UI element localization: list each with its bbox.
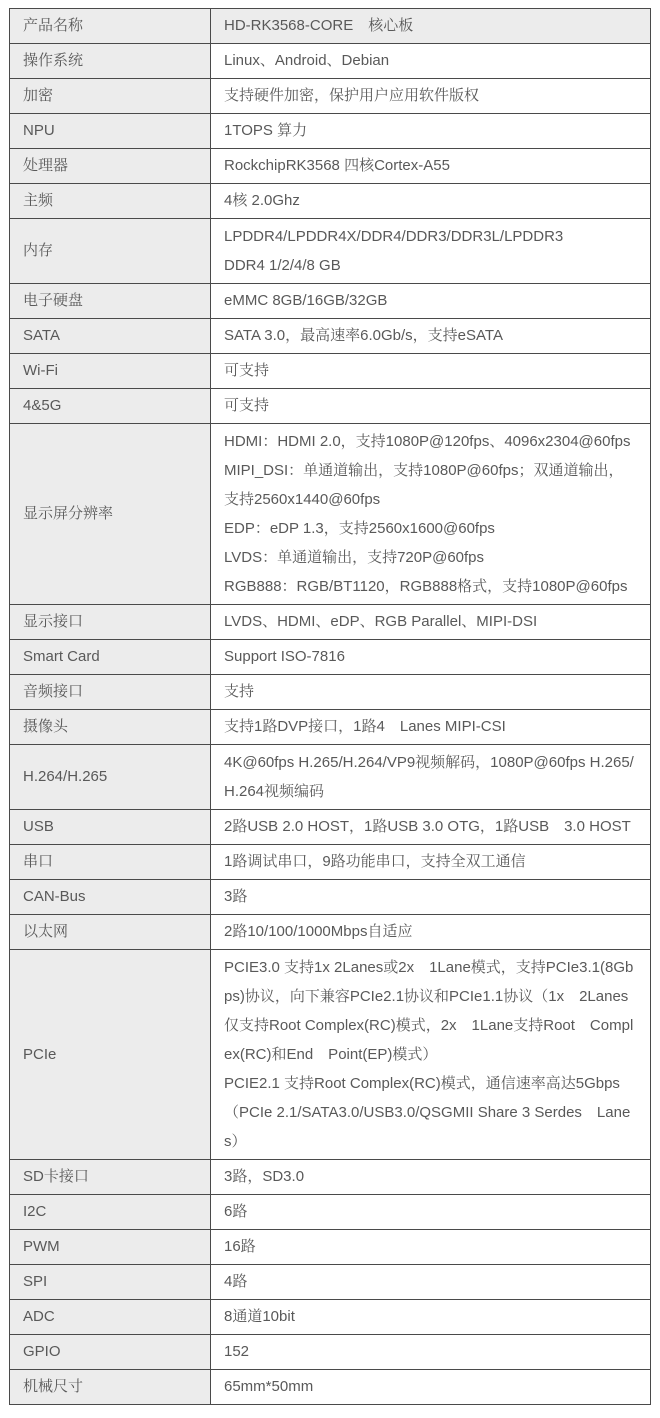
spec-label: 电子硬盘	[10, 284, 211, 318]
spec-value-line: 可支持	[224, 395, 636, 417]
spec-value-line: 3路，SD3.0	[224, 1166, 636, 1188]
spec-value-line: PCIE2.1 支持Root Complex(RC)模式，通信速率高达5Gbps…	[224, 1069, 636, 1156]
spec-value: 可支持	[211, 354, 650, 388]
spec-label: 显示屏分辨率	[10, 424, 211, 604]
spec-value: 1路调试串口，9路功能串口，支持全双工通信	[211, 845, 650, 879]
table-row-4g5g: 4&5G 可支持	[10, 389, 650, 424]
spec-value: Support ISO-7816	[211, 640, 650, 674]
spec-value-line: LVDS、HDMI、eDP、RGB Parallel、MIPI-DSI	[224, 611, 636, 633]
spec-label: GPIO	[10, 1335, 211, 1369]
spec-value-line: Linux、Android、Debian	[224, 50, 636, 72]
spec-value-line: MIPI_DSI：单通道输出，支持1080P@60fps；双通道输出，支持256…	[224, 456, 636, 514]
spec-value-line: LPDDR4/LPDDR4X/DDR4/DDR3/DDR3L/LPDDR3	[224, 222, 636, 251]
spec-value: LVDS、HDMI、eDP、RGB Parallel、MIPI-DSI	[211, 605, 650, 639]
spec-label: 串口	[10, 845, 211, 879]
spec-label: 机械尺寸	[10, 1370, 211, 1404]
spec-value: 16路	[211, 1230, 650, 1264]
spec-label: USB	[10, 810, 211, 844]
table-row-sdcard: SD卡接口 3路，SD3.0	[10, 1160, 650, 1195]
spec-value: 支持	[211, 675, 650, 709]
table-row-gpio: GPIO 152	[10, 1335, 650, 1370]
spec-label: I2C	[10, 1195, 211, 1229]
table-row-os: 操作系统 Linux、Android、Debian	[10, 44, 650, 79]
spec-value-line: eMMC 8GB/16GB/32GB	[224, 290, 636, 312]
spec-value-line: 支持1路DVP接口，1路4 Lanes MIPI-CSI	[224, 716, 636, 738]
spec-label: NPU	[10, 114, 211, 148]
spec-value: 6路	[211, 1195, 650, 1229]
spec-page: 产品名称 HD-RK3568-CORE 核心板 操作系统 Linux、Andro…	[0, 0, 660, 1418]
table-row-i2c: I2C 6路	[10, 1195, 650, 1230]
table-row-usb: USB 2路USB 2.0 HOST，1路USB 3.0 OTG，1路USB 3…	[10, 810, 650, 845]
table-row-codec: H.264/H.265 4K@60fps H.265/H.264/VP9视频解码…	[10, 745, 650, 810]
spec-value-line: Support ISO-7816	[224, 646, 636, 668]
spec-value-line: 2路10/100/1000Mbps自适应	[224, 921, 636, 943]
spec-value: 4K@60fps H.265/H.264/VP9视频解码，1080P@60fps…	[211, 745, 650, 809]
spec-value-line: HD-RK3568-CORE 核心板	[224, 15, 636, 37]
spec-value: PCIE3.0 支持1x 2Lanes或2x 1Lane模式，支持PCIe3.1…	[211, 950, 650, 1159]
spec-value: 2路10/100/1000Mbps自适应	[211, 915, 650, 949]
spec-value-line: PCIE3.0 支持1x 2Lanes或2x 1Lane模式，支持PCIe3.1…	[224, 953, 636, 1069]
spec-label: PCIe	[10, 950, 211, 1159]
spec-value: 2路USB 2.0 HOST，1路USB 3.0 OTG，1路USB 3.0 H…	[211, 810, 650, 844]
spec-value: 152	[211, 1335, 650, 1369]
spec-value: eMMC 8GB/16GB/32GB	[211, 284, 650, 318]
spec-value-line: 4路	[224, 1271, 636, 1293]
spec-value: SATA 3.0，最高速率6.0Gb/s，支持eSATA	[211, 319, 650, 353]
spec-value: 可支持	[211, 389, 650, 423]
table-row-pwm: PWM 16路	[10, 1230, 650, 1265]
spec-value: 65mm*50mm	[211, 1370, 650, 1404]
spec-label: 显示接口	[10, 605, 211, 639]
spec-value-line: 65mm*50mm	[224, 1376, 636, 1398]
spec-value-line: 3路	[224, 886, 636, 908]
table-row-uart: 串口 1路调试串口，9路功能串口，支持全双工通信	[10, 845, 650, 880]
spec-value-line: 可支持	[224, 360, 636, 382]
spec-value-line: 8通道10bit	[224, 1306, 636, 1328]
spec-value: 4核 2.0Ghz	[211, 184, 650, 218]
table-row-memory: 内存 LPDDR4/LPDDR4X/DDR4/DDR3/DDR3L/LPDDR3…	[10, 219, 650, 284]
spec-value-line: HDMI：HDMI 2.0，支持1080P@120fps、4096x2304@6…	[224, 427, 636, 456]
spec-value-line: SATA 3.0，最高速率6.0Gb/s，支持eSATA	[224, 325, 636, 347]
spec-label: 操作系统	[10, 44, 211, 78]
spec-label: 产品名称	[10, 9, 211, 43]
spec-value-line: 支持	[224, 681, 636, 703]
table-row-npu: NPU 1TOPS 算力	[10, 114, 650, 149]
spec-label: CAN-Bus	[10, 880, 211, 914]
table-row-display-resolution: 显示屏分辨率 HDMI：HDMI 2.0，支持1080P@120fps、4096…	[10, 424, 650, 605]
spec-value: 1TOPS 算力	[211, 114, 650, 148]
spec-value: 8通道10bit	[211, 1300, 650, 1334]
spec-value-line: EDP：eDP 1.3，支持2560x1600@60fps	[224, 514, 636, 543]
table-row-audio: 音频接口 支持	[10, 675, 650, 710]
spec-label: 内存	[10, 219, 211, 283]
spec-value-line: 支持硬件加密，保护用户应用软件版权	[224, 85, 636, 107]
table-row-encryption: 加密 支持硬件加密，保护用户应用软件版权	[10, 79, 650, 114]
spec-label: 摄像头	[10, 710, 211, 744]
spec-value-line: 152	[224, 1341, 636, 1363]
spec-label: 加密	[10, 79, 211, 113]
table-row-camera: 摄像头 支持1路DVP接口，1路4 Lanes MIPI-CSI	[10, 710, 650, 745]
table-row-processor: 处理器 RockchipRK3568 四核Cortex-A55	[10, 149, 650, 184]
spec-value: 支持1路DVP接口，1路4 Lanes MIPI-CSI	[211, 710, 650, 744]
spec-value: 3路	[211, 880, 650, 914]
spec-value: HDMI：HDMI 2.0，支持1080P@120fps、4096x2304@6…	[211, 424, 650, 604]
spec-value-line: 16路	[224, 1236, 636, 1258]
spec-label: H.264/H.265	[10, 745, 211, 809]
spec-value-line: 6路	[224, 1201, 636, 1223]
spec-label: 处理器	[10, 149, 211, 183]
spec-value: HD-RK3568-CORE 核心板	[211, 9, 650, 43]
spec-value: 3路，SD3.0	[211, 1160, 650, 1194]
table-row-ethernet: 以太网 2路10/100/1000Mbps自适应	[10, 915, 650, 950]
spec-value: LPDDR4/LPDDR4X/DDR4/DDR3/DDR3L/LPDDR3 DD…	[211, 219, 650, 283]
spec-label: 音频接口	[10, 675, 211, 709]
spec-label: ADC	[10, 1300, 211, 1334]
table-row-product-name: 产品名称 HD-RK3568-CORE 核心板	[10, 9, 650, 44]
table-row-sata: SATA SATA 3.0，最高速率6.0Gb/s，支持eSATA	[10, 319, 650, 354]
table-row-display-interface: 显示接口 LVDS、HDMI、eDP、RGB Parallel、MIPI-DSI	[10, 605, 650, 640]
spec-label: SATA	[10, 319, 211, 353]
spec-label: 主频	[10, 184, 211, 218]
spec-value-line: RockchipRK3568 四核Cortex-A55	[224, 155, 636, 177]
table-row-dimensions: 机械尺寸 65mm*50mm	[10, 1370, 650, 1405]
table-row-adc: ADC 8通道10bit	[10, 1300, 650, 1335]
spec-value-line: 2路USB 2.0 HOST，1路USB 3.0 OTG，1路USB 3.0 H…	[224, 816, 636, 838]
table-row-smart-card: Smart Card Support ISO-7816	[10, 640, 650, 675]
table-row-emmc: 电子硬盘 eMMC 8GB/16GB/32GB	[10, 284, 650, 319]
table-row-wifi: Wi-Fi 可支持	[10, 354, 650, 389]
spec-label: 以太网	[10, 915, 211, 949]
spec-table: 产品名称 HD-RK3568-CORE 核心板 操作系统 Linux、Andro…	[9, 8, 651, 1405]
spec-value-line: 4K@60fps H.265/H.264/VP9视频解码，1080P@60fps…	[224, 748, 636, 806]
spec-value-line: 1路调试串口，9路功能串口，支持全双工通信	[224, 851, 636, 873]
table-row-frequency: 主频 4核 2.0Ghz	[10, 184, 650, 219]
spec-value: 支持硬件加密，保护用户应用软件版权	[211, 79, 650, 113]
spec-value-line: 1TOPS 算力	[224, 120, 636, 142]
table-row-spi: SPI 4路	[10, 1265, 650, 1300]
spec-value-line: RGB888：RGB/BT1120，RGB888格式，支持1080P@60fps	[224, 572, 636, 601]
spec-label: SPI	[10, 1265, 211, 1299]
spec-value: RockchipRK3568 四核Cortex-A55	[211, 149, 650, 183]
table-row-canbus: CAN-Bus 3路	[10, 880, 650, 915]
spec-value: Linux、Android、Debian	[211, 44, 650, 78]
spec-label: 4&5G	[10, 389, 211, 423]
spec-label: Wi-Fi	[10, 354, 211, 388]
spec-value-line: LVDS：单通道输出，支持720P@60fps	[224, 543, 636, 572]
spec-value-line: 4核 2.0Ghz	[224, 190, 636, 212]
table-row-pcie: PCIe PCIE3.0 支持1x 2Lanes或2x 1Lane模式，支持PC…	[10, 950, 650, 1160]
spec-label: Smart Card	[10, 640, 211, 674]
spec-value-line: DDR4 1/2/4/8 GB	[224, 251, 636, 280]
spec-value: 4路	[211, 1265, 650, 1299]
spec-label: SD卡接口	[10, 1160, 211, 1194]
spec-label: PWM	[10, 1230, 211, 1264]
